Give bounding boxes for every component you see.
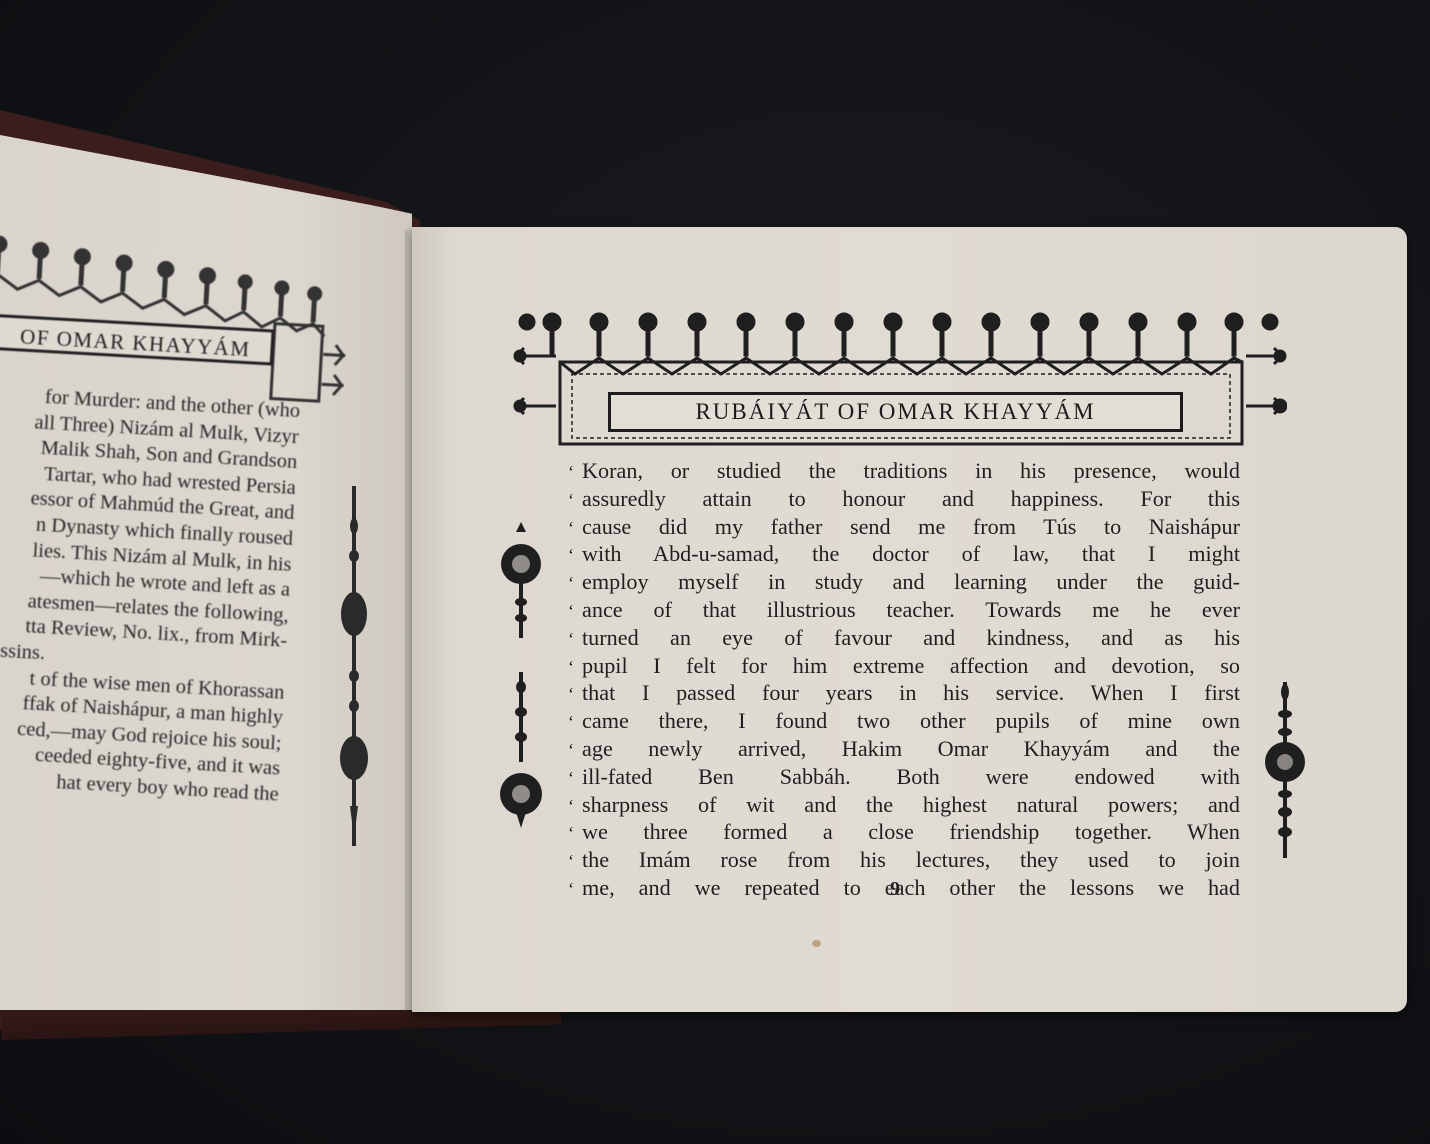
left-margin-ornament-icon: [498, 522, 544, 852]
text-line: ‘assuredly attain to honour and happines…: [568, 486, 1240, 514]
quote-mark: ‘: [568, 877, 582, 903]
text-line: ‘sharpness of wit and the highest natura…: [568, 792, 1240, 820]
right-running-title-box: RUBÁIYÁT OF OMAR KHAYYÁM: [608, 392, 1183, 432]
left-page-number: 8: [0, 804, 307, 843]
book-photo: OF OMAR KHAYYÁM for Murder: and the othe…: [0, 0, 1430, 1144]
quote-mark: ‘: [568, 571, 582, 597]
quote-mark: ‘: [568, 794, 582, 820]
quote-mark: ‘: [568, 849, 582, 875]
quote-mark: ‘: [568, 655, 582, 681]
text-line: ‘pupil I felt for him extreme affection …: [568, 653, 1240, 681]
quote-mark: ‘: [568, 460, 582, 486]
quote-mark: ‘: [568, 766, 582, 792]
quote-mark: ‘: [568, 543, 582, 569]
quote-mark: ‘: [568, 627, 582, 653]
quote-mark: ‘: [568, 488, 582, 514]
quote-mark: ‘: [568, 599, 582, 625]
text-line: ‘the Imám rose from his lectures, they u…: [568, 847, 1240, 875]
quote-mark: ‘: [568, 821, 582, 847]
quote-mark: ‘: [568, 682, 582, 708]
vertical-ornament-icon: [338, 486, 370, 846]
text-line: ‘ance of that illustrious teacher. Towar…: [568, 597, 1240, 625]
text-line: ‘that I passed four years in his service…: [568, 680, 1240, 708]
text-line: ‘we three formed a close friendship toge…: [568, 819, 1240, 847]
text-line: ‘employ myself in study and learning und…: [568, 569, 1240, 597]
right-margin-ornament-icon: [1262, 682, 1308, 858]
text-line: ‘age newly arrived, Hakim Omar Khayyám a…: [568, 736, 1240, 764]
right-page-header-ornament: RUBÁIYÁT OF OMAR KHAYYÁM: [512, 300, 1287, 448]
paper-stain: [812, 940, 821, 947]
text-line: ‘with Abd-u-samad, the doctor of law, th…: [568, 541, 1240, 569]
text-line: ‘turned an eye of favour and kindness, a…: [568, 625, 1240, 653]
right-page-text: ‘Koran, or studied the traditions in his…: [568, 458, 1240, 903]
quote-mark: ‘: [568, 516, 582, 542]
text-line: ‘cause did my father send me from Tús to…: [568, 514, 1240, 542]
right-page-number: 9: [890, 878, 900, 901]
text-line: ‘me, and we repeated to each other the l…: [568, 875, 1240, 903]
quote-mark: ‘: [568, 738, 582, 764]
text-line: ‘ill-fated Ben Sabbáh. Both were endowed…: [568, 764, 1240, 792]
left-page-header-ornament: OF OMAR KHAYYÁM: [0, 225, 359, 416]
text-line: ‘Koran, or studied the traditions in his…: [568, 458, 1240, 486]
text-line: ‘came there, I found two other pupils of…: [568, 708, 1240, 736]
right-running-title: RUBÁIYÁT OF OMAR KHAYYÁM: [695, 399, 1095, 425]
quote-mark: ‘: [568, 710, 582, 736]
left-page-text: for Murder: and the other (who all Three…: [0, 381, 331, 810]
